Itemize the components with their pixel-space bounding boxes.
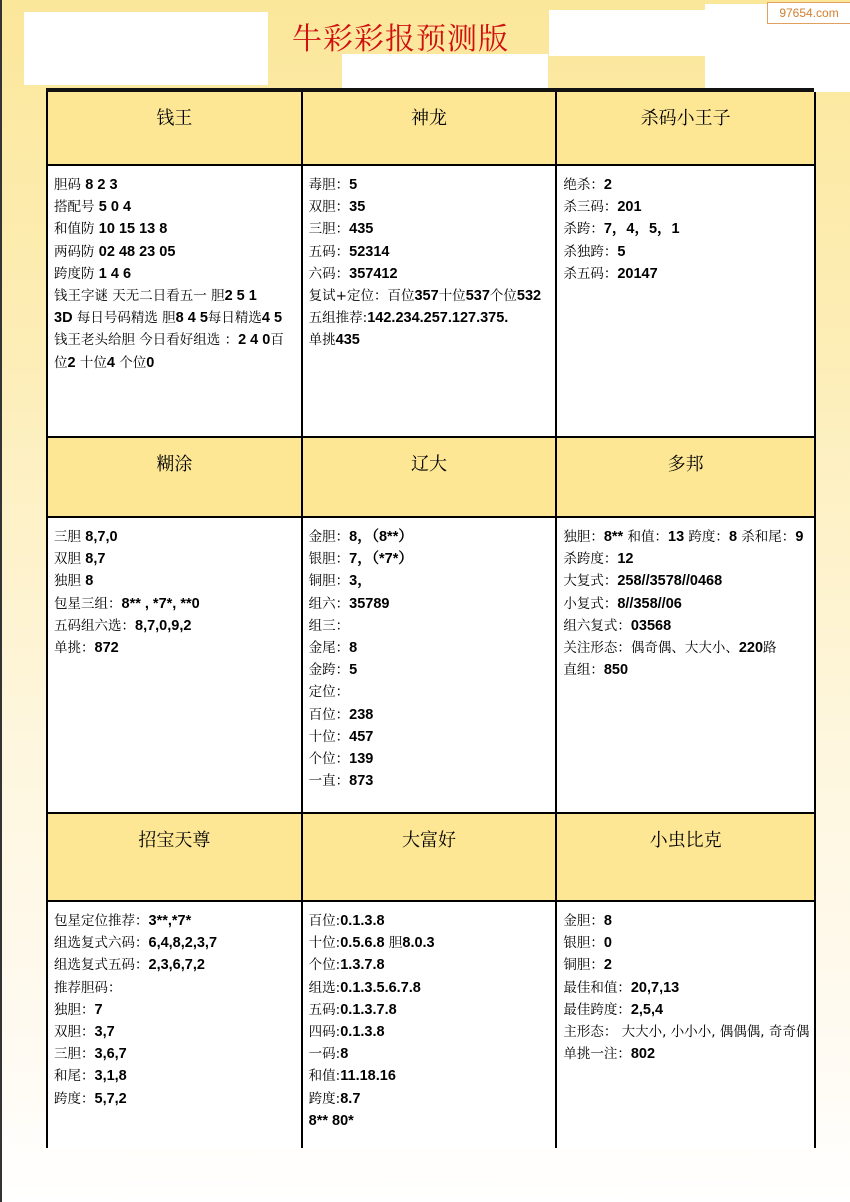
entry-label: 包星三组： — [54, 596, 122, 612]
entry-value: 1 4 6 — [99, 266, 131, 282]
entry-label: 两码防 — [54, 244, 99, 260]
entry-line: 金胆：8，（8**） — [309, 526, 552, 548]
entry-label: 金尾： — [309, 640, 350, 656]
entry-line: 组选复式六码：6,4,8,2,3,7 — [54, 932, 297, 954]
entry-label: 毒胆： — [309, 177, 350, 193]
entry-label: 三胆： — [54, 1046, 95, 1062]
entry-line: 定位： — [309, 681, 552, 703]
entry-value: 7 — [95, 1002, 103, 1018]
section-body: 包星定位推荐：3**,*7*组选复式六码：6,4,8,2,3,7组选复式五码：2… — [48, 902, 303, 1148]
entry-value: 2,5,4 — [631, 1002, 663, 1018]
entry-value: 5 — [349, 177, 357, 193]
entry-line: 复试+定位：百位357十位537个位532 — [309, 285, 552, 307]
entry-label: 杀和尾： — [737, 529, 795, 545]
entry-line: 六码：357412 — [309, 263, 552, 285]
entry-label: 杀跨度： — [563, 551, 617, 567]
entry-label: 跨度： — [54, 1091, 95, 1107]
entry-line: 四码:0.1.3.8 — [309, 1021, 552, 1043]
section-body: 毒胆：5双胆：35三胆：435五码：52314六码：357412复试+定位：百位… — [303, 166, 558, 438]
entry-line: 单挑435 — [309, 329, 552, 351]
entry-line: 直组：850 — [563, 659, 810, 681]
entry-label: 主形态： 大大小, 小小小, 偶偶偶, 奇奇偶 — [563, 1024, 809, 1040]
entry-label: 小复式： — [563, 596, 617, 612]
entry-label: 个位 — [115, 355, 146, 371]
entry-value: 8** — [604, 529, 623, 545]
entry-value: 873 — [349, 773, 373, 789]
watermark: 97654.com — [767, 2, 850, 24]
entry-line: 3D 每日号码精选 胆8 4 5每日精选4 5 — [54, 307, 297, 329]
entry-value: 3,7 — [95, 1024, 115, 1040]
section-header: 钱王 — [48, 92, 303, 166]
entry-label: 胆码 — [54, 177, 85, 193]
entry-label: 跨度防 — [54, 266, 99, 282]
entry-label: 独胆： — [54, 1002, 95, 1018]
entry-value: 4 — [107, 355, 115, 371]
section-body: 独胆：8** 和值：13 跨度：8 杀和尾：9 杀跨度：12大复式：258//3… — [557, 518, 814, 814]
entry-value: 8,7,0 — [85, 529, 117, 545]
entry-line: 和值:11.18.16 — [309, 1065, 552, 1087]
entry-line: 单挑一注：802 — [563, 1043, 810, 1065]
entry-value: 2 4 0 — [238, 332, 270, 348]
entry-line: 两码防 02 48 23 05 — [54, 241, 297, 263]
mask-patch-right — [549, 10, 705, 56]
entry-value: 7，（*7*） — [349, 551, 413, 567]
entry-line: 双胆 8,7 — [54, 548, 297, 570]
entry-line: 一直：873 — [309, 770, 552, 792]
entry-value: 52314 — [349, 244, 389, 260]
entry-value: 5 0 4 — [99, 199, 131, 215]
entry-label: 个位： — [309, 751, 350, 767]
entry-line: 包星定位推荐：3**,*7* — [54, 910, 297, 932]
entry-label: 关注形态：偶奇偶、大大小、 — [563, 640, 739, 656]
entry-label: 五码: — [309, 1002, 341, 1018]
entry-label: 组选复式六码： — [54, 935, 149, 951]
entry-value: 201 — [617, 199, 641, 215]
entry-label: 五组推荐: — [309, 310, 368, 326]
entry-value: 8 2 3 — [85, 177, 117, 193]
entry-line: 单挑：872 — [54, 637, 297, 659]
entry-line: 杀独跨：5 — [563, 241, 810, 263]
entry-value: 0.1.3.7.8 — [340, 1002, 396, 1018]
entry-value: 220 — [739, 640, 763, 656]
entry-label: 双胆 — [54, 551, 85, 567]
entry-value: 2 — [604, 957, 612, 973]
entry-line: 三胆：3,6,7 — [54, 1043, 297, 1065]
entry-value: 8.0.3 — [402, 935, 434, 951]
entry-line: 组六：35789 — [309, 593, 552, 615]
entry-line: 杀三码：201 — [563, 196, 810, 218]
entry-value: 4 5 — [262, 310, 282, 326]
section-body: 胆码 8 2 3搭配号 5 0 4和值防 10 15 13 8两码防 02 48… — [48, 166, 303, 438]
entry-label: 百位： — [309, 707, 350, 723]
entry-label: 独胆 — [54, 573, 85, 589]
section-header: 大富好 — [303, 814, 558, 902]
entry-label: 搭配号 — [54, 199, 99, 215]
prediction-table: 钱王 神龙 杀码小王子 胆码 8 2 3搭配号 5 0 4和值防 10 15 1… — [46, 92, 816, 1148]
entry-line: 钱王字谜 天无二日看五一 胆2 5 1 — [54, 285, 297, 307]
entry-line: 推荐胆码： — [54, 977, 297, 999]
entry-value: 8 4 5 — [176, 310, 208, 326]
entry-label: 一码: — [309, 1046, 341, 1062]
entry-label: 组六： — [309, 596, 350, 612]
entry-value: 03568 — [631, 618, 671, 634]
entry-value: 2,3,6,7,2 — [149, 957, 205, 973]
entry-label: 三胆 — [54, 529, 85, 545]
section-body: 金胆：8银胆：0铜胆：2最佳和值：20,7,13最佳跨度：2,5,4主形态： 大… — [557, 902, 814, 1148]
entry-line: 跨度防 1 4 6 — [54, 263, 297, 285]
entry-label: 和值防 — [54, 221, 99, 237]
entry-value: 5 — [617, 244, 625, 260]
entry-label: 大复式： — [563, 573, 617, 589]
entry-label: 绝杀： — [563, 177, 604, 193]
entry-label: 五码： — [309, 244, 350, 260]
entry-value: 12 — [617, 551, 633, 567]
entry-line: 组选复式五码：2,3,6,7,2 — [54, 954, 297, 976]
entry-label: 十位 — [76, 355, 107, 371]
entry-value: 7，4，5，1 — [604, 221, 680, 237]
entry-line: 十位：457 — [309, 726, 552, 748]
entry-label: 组六复式： — [563, 618, 631, 634]
section-body: 金胆：8，（8**）银胆：7，（*7*）铜胆：3，组六：35789组三：金尾：8… — [303, 518, 558, 814]
entry-label: 银胆： — [309, 551, 350, 567]
entry-line: 毒胆：5 — [309, 174, 552, 196]
entry-label: 推荐胆码： — [54, 980, 122, 996]
entry-value: 435 — [336, 332, 360, 348]
body-row-3: 包星定位推荐：3**,*7*组选复式六码：6,4,8,2,3,7组选复式五码：2… — [48, 902, 814, 1148]
entry-value: 8** , *7*, **0 — [122, 596, 200, 612]
entry-value: 139 — [349, 751, 373, 767]
entry-value: 20147 — [617, 266, 657, 282]
entry-value: 142.234.257.127.375. — [367, 310, 508, 326]
entry-label: 杀独跨： — [563, 244, 617, 260]
entry-line: 五码:0.1.3.7.8 — [309, 999, 552, 1021]
entry-value: 3,6,7 — [95, 1046, 127, 1062]
entry-line: 银胆：0 — [563, 932, 810, 954]
entry-line: 包星三组：8** , *7*, **0 — [54, 593, 297, 615]
entry-label: 跨度： — [684, 529, 729, 545]
entry-value: 2 5 1 — [225, 288, 257, 304]
section-header: 小虫比克 — [557, 814, 814, 902]
entry-label: 钱王字谜 天无二日看五一 胆 — [54, 288, 225, 304]
entry-line: 小复式：8//358//06 — [563, 593, 810, 615]
entry-value: 8 — [604, 913, 612, 929]
entry-value: 850 — [604, 662, 628, 678]
entry-label: 胆 — [385, 935, 403, 951]
entry-line: 关注形态：偶奇偶、大大小、220路 — [563, 637, 810, 659]
entry-label: 十位: — [309, 935, 341, 951]
entry-value: 8，（8**） — [349, 529, 413, 545]
entry-value: 3**,*7* — [149, 913, 192, 929]
entry-label: 个位: — [309, 957, 341, 973]
body-row-2: 三胆 8,7,0双胆 8,7独胆 8包星三组：8** , *7*, **0五码组… — [48, 518, 814, 814]
section-header: 神龙 — [303, 92, 558, 166]
entry-line: 绝杀：2 — [563, 174, 810, 196]
entry-value: 532 — [517, 288, 541, 304]
entry-label: 一直： — [309, 773, 350, 789]
entry-label: 银胆： — [563, 935, 604, 951]
entry-line: 铜胆：3， — [309, 570, 552, 592]
entry-label: 个位 — [490, 288, 517, 304]
mask-patch-left — [24, 12, 268, 85]
entry-value: 0.1.3.8 — [340, 1024, 384, 1040]
entry-label: 最佳跨度： — [563, 1002, 631, 1018]
entry-line: 三胆 8,7,0 — [54, 526, 297, 548]
entry-label: 包星定位推荐： — [54, 913, 149, 929]
entry-label: 金跨： — [309, 662, 350, 678]
entry-label: 杀跨： — [563, 221, 604, 237]
entry-value: 5 — [349, 662, 357, 678]
entry-value: 0 — [146, 355, 154, 371]
entry-label: 双胆： — [309, 199, 350, 215]
entry-value: 8.7 — [340, 1091, 360, 1107]
entry-line: 独胆：8** 和值：13 跨度：8 杀和尾：9 杀跨度：12 — [563, 526, 810, 570]
entry-line: 最佳跨度：2,5,4 — [563, 999, 810, 1021]
entry-line: 大复式：258//3578//0468 — [563, 570, 810, 592]
entry-label: 组选: — [309, 980, 341, 996]
entry-label: 跨度: — [309, 1091, 341, 1107]
entry-label: 直组： — [563, 662, 604, 678]
entry-line: 主形态： 大大小, 小小小, 偶偶偶, 奇奇偶 — [563, 1021, 810, 1043]
entry-value: 0 — [604, 935, 612, 951]
entry-label: 定位： — [309, 684, 350, 700]
entry-label: 五码组六选： — [54, 618, 135, 634]
entry-value: 8** 80* — [309, 1113, 354, 1129]
entry-line: 金跨：5 — [309, 659, 552, 681]
entry-label: 单挑一注： — [563, 1046, 631, 1062]
entry-line: 十位:0.5.6.8 胆8.0.3 — [309, 932, 552, 954]
entry-value: 5,7,2 — [95, 1091, 127, 1107]
entry-line: 独胆：7 — [54, 999, 297, 1021]
entry-value: 8,7 — [85, 551, 105, 567]
entry-value: 8,7,0,9,2 — [135, 618, 191, 634]
entry-line: 搭配号 5 0 4 — [54, 196, 297, 218]
entry-line: 钱王老头给胆 今日看好组选 ：2 4 0百位2 十位4 个位0 — [54, 329, 297, 373]
entry-label: 百位: — [309, 913, 341, 929]
entry-value: 357 — [414, 288, 438, 304]
entry-label: 单挑： — [54, 640, 95, 656]
entry-label: 金胆： — [309, 529, 350, 545]
body-row-1: 胆码 8 2 3搭配号 5 0 4和值防 10 15 13 8两码防 02 48… — [48, 166, 814, 438]
entry-line: 杀五码：20147 — [563, 263, 810, 285]
entry-label: 独胆： — [563, 529, 604, 545]
entry-value: 3,1,8 — [95, 1068, 127, 1084]
entry-value: 2 — [68, 355, 76, 371]
entry-label: 和值： — [623, 529, 668, 545]
entry-label: 复试+定位：百位 — [309, 288, 415, 304]
entry-value: 11.18.16 — [340, 1068, 396, 1084]
entry-value: 258//3578//0468 — [617, 573, 722, 589]
entry-label: 路 — [763, 640, 777, 656]
entry-line: 8** 80* — [309, 1110, 552, 1132]
entry-label: 组三： — [309, 618, 350, 634]
header-row-2: 糊涂 辽大 多邦 — [48, 438, 814, 518]
entry-line: 和尾：3,1,8 — [54, 1065, 297, 1087]
entry-value: 802 — [631, 1046, 655, 1062]
entry-line: 五组推荐:142.234.257.127.375. — [309, 307, 552, 329]
header-row-1: 钱王 神龙 杀码小王子 — [48, 92, 814, 166]
entry-value: 0.1.3.5.6.7.8 — [340, 980, 421, 996]
entry-label: 组选复式五码： — [54, 957, 149, 973]
entry-label: 十位 — [439, 288, 466, 304]
entry-label: 铜胆： — [309, 573, 350, 589]
entry-label: 双胆： — [54, 1024, 95, 1040]
entry-value: 0.5.6.8 — [340, 935, 384, 951]
entry-value: 238 — [349, 707, 373, 723]
entry-value: 8 — [85, 573, 93, 589]
entry-line: 金胆：8 — [563, 910, 810, 932]
entry-label: 每日号码精选 胆 — [73, 310, 176, 326]
entry-line: 银胆：7，（*7*） — [309, 548, 552, 570]
entry-value: 457 — [349, 729, 373, 745]
entry-value: 9 — [795, 529, 803, 545]
entry-line: 杀跨：7，4，5，1 — [563, 218, 810, 240]
entry-value: 8 — [340, 1046, 348, 1062]
entry-value: 8 — [729, 529, 737, 545]
entry-label: 钱王老头给胆 今日看好组选 ： — [54, 332, 238, 348]
entry-line: 胆码 8 2 3 — [54, 174, 297, 196]
section-body: 百位:0.1.3.8十位:0.5.6.8 胆8.0.3个位:1.3.7.8组选:… — [303, 902, 558, 1148]
entry-label: 和值: — [309, 1068, 341, 1084]
entry-line: 铜胆：2 — [563, 954, 810, 976]
entry-line: 个位:1.3.7.8 — [309, 954, 552, 976]
entry-line: 组三： — [309, 615, 552, 637]
entry-label: 杀五码： — [563, 266, 617, 282]
section-header: 多邦 — [557, 438, 814, 518]
entry-value: 35 — [349, 199, 365, 215]
entry-label: 三胆： — [309, 221, 350, 237]
entry-value: 0.1.3.8 — [340, 913, 384, 929]
entry-line: 双胆：3,7 — [54, 1021, 297, 1043]
entry-label: 和尾： — [54, 1068, 95, 1084]
entry-line: 和值防 10 15 13 8 — [54, 218, 297, 240]
entry-label: 杀三码： — [563, 199, 617, 215]
entry-value: 10 15 13 8 — [99, 221, 168, 237]
entry-line: 双胆：35 — [309, 196, 552, 218]
entry-value: 20,7,13 — [631, 980, 679, 996]
entry-value: 02 48 23 05 — [99, 244, 176, 260]
entry-label: 铜胆： — [563, 957, 604, 973]
entry-line: 百位：238 — [309, 704, 552, 726]
entry-value: 435 — [349, 221, 373, 237]
entry-label: 六码： — [309, 266, 350, 282]
entry-line: 五码：52314 — [309, 241, 552, 263]
entry-label: 金胆： — [563, 913, 604, 929]
entry-value: 3， — [349, 573, 372, 589]
entry-value: 357412 — [349, 266, 397, 282]
entry-line: 组六复式：03568 — [563, 615, 810, 637]
entry-label: 四码: — [309, 1024, 341, 1040]
entry-line: 跨度：5,7,2 — [54, 1088, 297, 1110]
page-title: 牛彩彩报预测版 — [292, 14, 509, 58]
header-row-3: 招宝天尊 大富好 小虫比克 — [48, 814, 814, 902]
entry-value: 537 — [466, 288, 490, 304]
section-header: 糊涂 — [48, 438, 303, 518]
entry-value: 8 — [349, 640, 357, 656]
entry-line: 跨度:8.7 — [309, 1088, 552, 1110]
entry-line: 最佳和值：20,7,13 — [563, 977, 810, 999]
entry-value: 3D — [54, 310, 73, 326]
entry-value: 35789 — [349, 596, 389, 612]
entry-value: 2 — [604, 177, 612, 193]
entry-line: 一码:8 — [309, 1043, 552, 1065]
entry-line: 独胆 8 — [54, 570, 297, 592]
entry-value: 872 — [95, 640, 119, 656]
entry-label: 最佳和值： — [563, 980, 631, 996]
entry-value: 8//358//06 — [617, 596, 682, 612]
entry-line: 个位：139 — [309, 748, 552, 770]
section-header: 辽大 — [303, 438, 558, 518]
entry-line: 金尾：8 — [309, 637, 552, 659]
entry-label: 每日精选 — [208, 310, 262, 326]
entry-line: 百位:0.1.3.8 — [309, 910, 552, 932]
entry-line: 三胆：435 — [309, 218, 552, 240]
section-body: 三胆 8,7,0双胆 8,7独胆 8包星三组：8** , *7*, **0五码组… — [48, 518, 303, 814]
section-header: 招宝天尊 — [48, 814, 303, 902]
entry-label: 单挑 — [309, 332, 336, 348]
mask-patch-center — [342, 54, 548, 90]
entry-value: 13 — [668, 529, 684, 545]
entry-line: 组选:0.1.3.5.6.7.8 — [309, 977, 552, 999]
section-body: 绝杀：2杀三码：201杀跨：7，4，5，1杀独跨：5杀五码：20147 — [557, 166, 814, 438]
section-header: 杀码小王子 — [557, 92, 814, 166]
entry-value: 1.3.7.8 — [340, 957, 384, 973]
entry-line: 五码组六选：8,7,0,9,2 — [54, 615, 297, 637]
entry-value: 6,4,8,2,3,7 — [149, 935, 218, 951]
entry-label: 十位： — [309, 729, 350, 745]
